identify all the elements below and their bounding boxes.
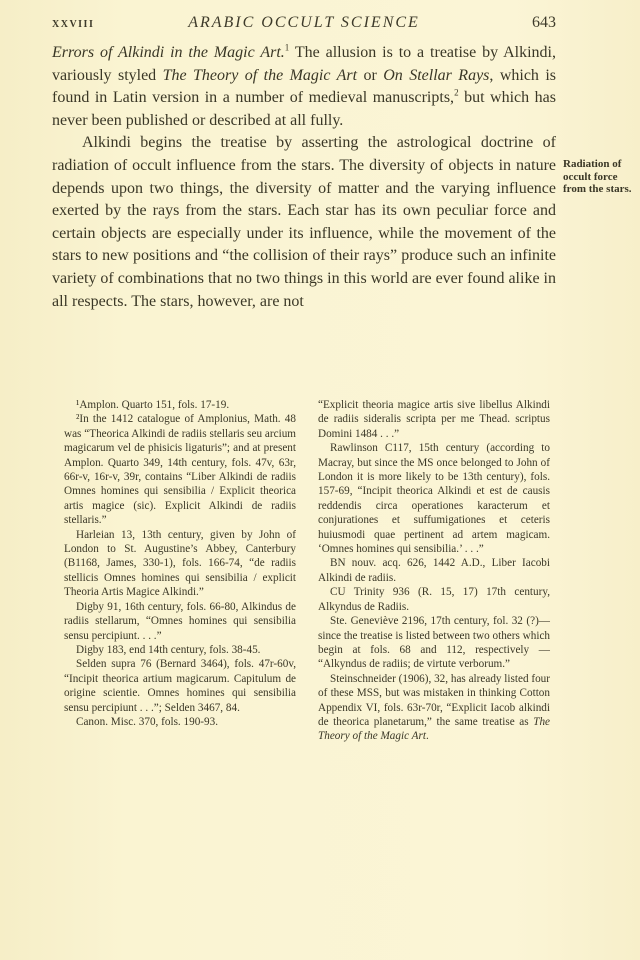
footnote: ¹Amplon. Quarto 151, fols. 17-19. bbox=[64, 398, 296, 412]
running-head: XXVIII ARABIC OCCULT SCIENCE 643 bbox=[52, 12, 556, 34]
footnote: Rawlinson C117, 15th century (according … bbox=[318, 441, 550, 556]
footnote: Harleian 13, 13th century, given by John… bbox=[64, 528, 296, 600]
book-page: XXVIII ARABIC OCCULT SCIENCE 643 Errors … bbox=[0, 0, 640, 960]
footnote: Steinschneider (1906), 32, has already l… bbox=[318, 672, 550, 744]
footnotes: ¹Amplon. Quarto 151, fols. 17-19. ²In th… bbox=[64, 398, 550, 744]
main-text: Errors of Alkindi in the Magic Art.1 The… bbox=[52, 42, 556, 313]
page-number: 643 bbox=[532, 12, 556, 34]
paragraph-1: Errors of Alkindi in the Magic Art.1 The… bbox=[52, 42, 556, 132]
footnote: ²In the 1412 catalogue of Amplonius, Mat… bbox=[64, 412, 296, 527]
footnote: CU Trinity 936 (R. 15, 17) 17th century,… bbox=[318, 585, 550, 614]
footnote: Canon. Misc. 370, fols. 190-93. bbox=[64, 715, 296, 729]
italic-title: On Stellar Rays bbox=[383, 67, 489, 84]
margin-note: Radiation of occult force from the stars… bbox=[563, 158, 635, 196]
running-title: ARABIC OCCULT SCIENCE bbox=[52, 12, 556, 34]
footnote-column-left: ¹Amplon. Quarto 151, fols. 17-19. ²In th… bbox=[64, 398, 296, 744]
footnote-column-right: “Explicit theoria magice artis sive libe… bbox=[318, 398, 550, 744]
italic-title: Errors of Alkindi in the Magic Art. bbox=[52, 44, 285, 61]
footnote: Digby 91, 16th century, fols. 66-80, Alk… bbox=[64, 600, 296, 643]
footnote: Ste. Geneviève 2196, 17th century, fol. … bbox=[318, 614, 550, 672]
footnote: BN nouv. acq. 626, 1442 A.D., Liber Iaco… bbox=[318, 556, 550, 585]
footnote: Digby 183, end 14th century, fols. 38-45… bbox=[64, 643, 296, 657]
footnote: Selden supra 76 (Bernard 3464), fols. 47… bbox=[64, 657, 296, 715]
italic-title: The Theory of the Magic Art bbox=[163, 67, 357, 84]
paragraph-2: Alkindi begins the treatise by asserting… bbox=[52, 132, 556, 313]
footnote: “Explicit theoria magice artis sive libe… bbox=[318, 398, 550, 441]
